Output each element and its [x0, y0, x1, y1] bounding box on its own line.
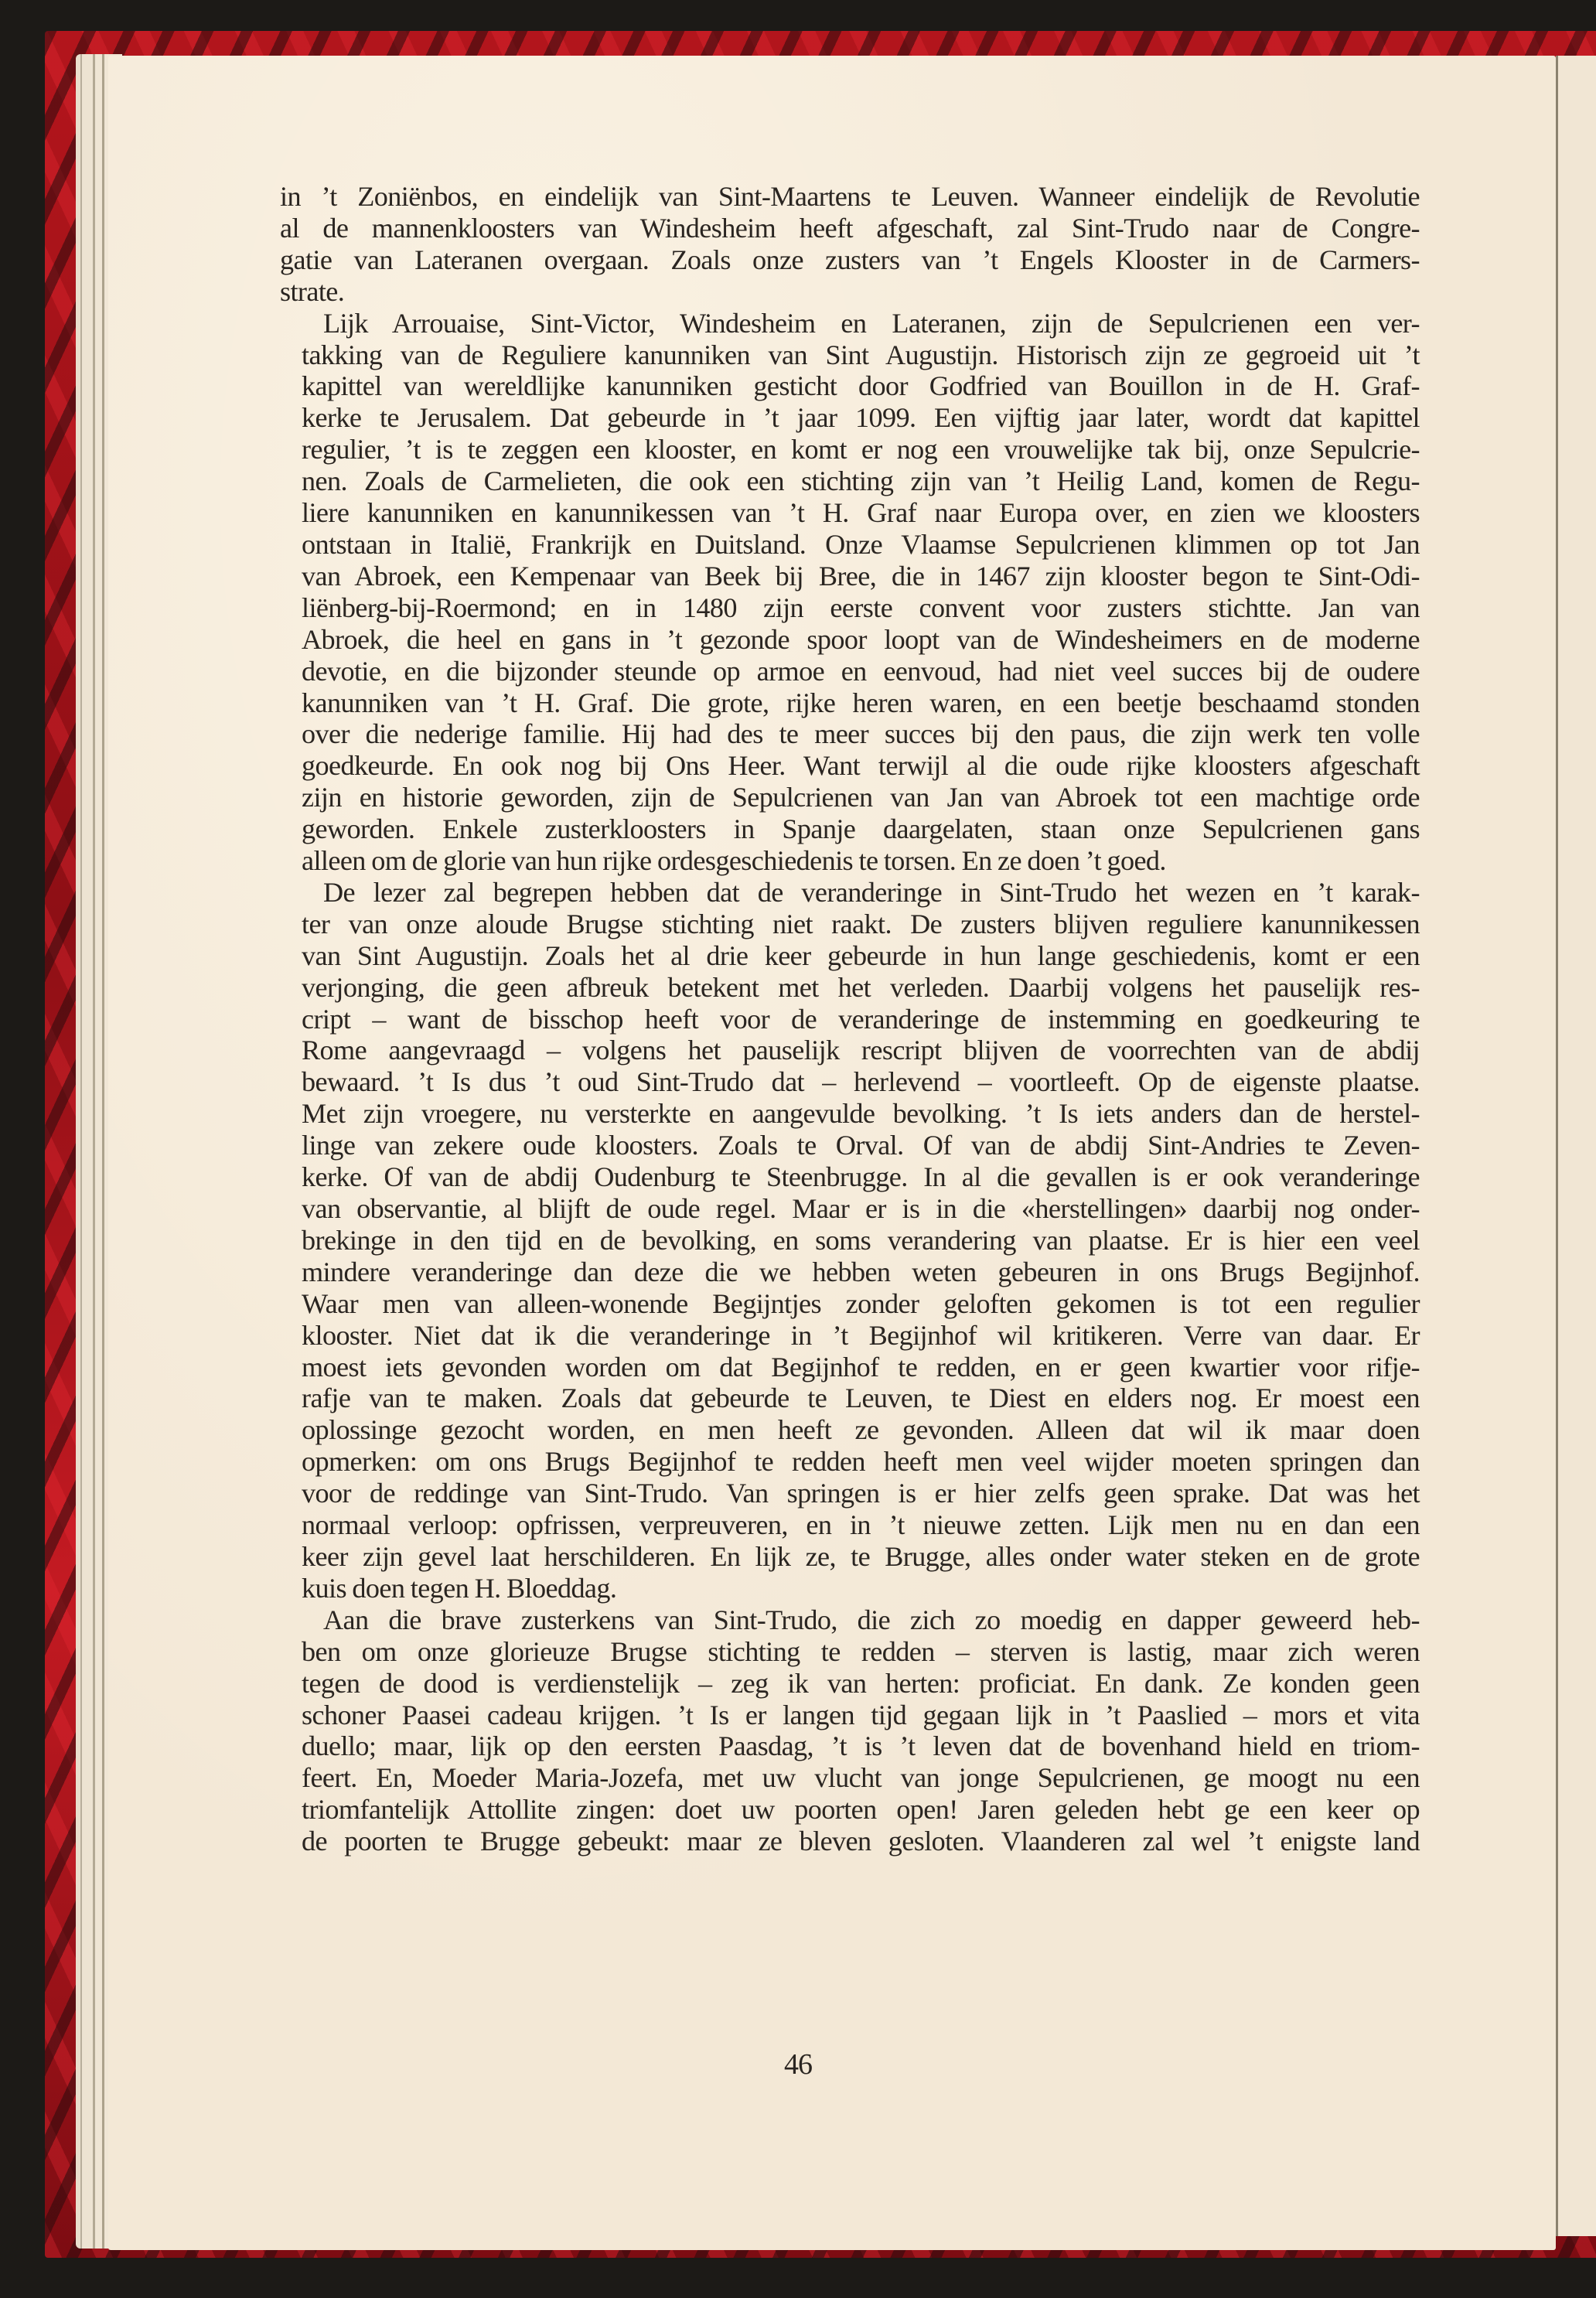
text-line: goedkeurde. En ook nog bij Ons Heer. Wan…	[280, 750, 1420, 782]
text-line: linge van zekere oude kloosters. Zoals t…	[280, 1130, 1420, 1161]
text-line: Aan die brave zusterkens van Sint-Trudo,…	[280, 1604, 1420, 1636]
text-line: brekinge in den tijd en de bevolking, en…	[280, 1225, 1420, 1256]
text-line: over die nederige familie. Hij had des t…	[280, 718, 1420, 750]
text-line: nen. Zoals de Carmelieten, die ook een s…	[280, 465, 1420, 497]
text-line: kerke. Of van de abdij Oudenburg te Stee…	[280, 1161, 1420, 1193]
text-line: kapittel van wereldlijke kanunniken gest…	[280, 370, 1420, 402]
text-line: opmerken: om ons Brugs Begijnhof te redd…	[280, 1446, 1420, 1478]
text-line: devotie, en die bijzonder steunde op arm…	[280, 656, 1420, 687]
text-line: voor de reddinge van Sint-Trudo. Van spr…	[280, 1478, 1420, 1509]
text-line: van Sint Augustijn. Zoals het al drie ke…	[280, 940, 1420, 972]
text-line: Lijk Arrouaise, Sint-Victor, Windesheim …	[280, 308, 1420, 339]
text-line: ontstaan in Italië, Frankrijk en Duitsla…	[280, 529, 1420, 561]
text-line: De lezer zal begrepen hebben dat de vera…	[280, 877, 1420, 909]
text-line: rafje van te maken. Zoals dat gebeurde t…	[280, 1383, 1420, 1414]
text-line: schoner Paasei cadeau krijgen. ’t Is er …	[280, 1700, 1420, 1731]
text-line: tegen de dood is verdienstelijk – zeg ik…	[280, 1668, 1420, 1700]
body-text: in ’t Zoniënbos, en eindelijk van Sint-M…	[280, 181, 1420, 1857]
text-line: strate.	[280, 276, 1420, 308]
paragraph: Aan die brave zusterkens van Sint-Trudo,…	[280, 1604, 1420, 1857]
text-line: Rome aangevraagd – volgens het pauselijk…	[280, 1035, 1420, 1066]
text-line: kerke te Jerusalem. Dat gebeurde in ’t j…	[280, 402, 1420, 434]
text-line: alleen om de glorie van hun rijke ordesg…	[280, 845, 1420, 877]
paragraph: Lijk Arrouaise, Sint-Victor, Windesheim …	[280, 308, 1420, 877]
text-line: liënberg-bij-Roermond; en in 1480 zijn e…	[280, 592, 1420, 624]
paragraph: De lezer zal begrepen hebben dat de vera…	[280, 877, 1420, 1604]
text-line: van observantie, al blijft de oude regel…	[280, 1193, 1420, 1225]
text-line: moest iets gevonden worden om dat Begijn…	[280, 1352, 1420, 1383]
text-line: cript – want de bisschop heeft voor de v…	[280, 1004, 1420, 1035]
text-line: triomfantelijk Attollite zingen: doet uw…	[280, 1794, 1420, 1826]
text-line: oplossinge gezocht worden, en men heeft …	[280, 1414, 1420, 1446]
text-line: liere kanunniken en kanunnikessen van ’t…	[280, 497, 1420, 529]
text-line: duello; maar, lijk op den eersten Paasda…	[280, 1730, 1420, 1762]
text-line: Met zijn vroegere, nu versterkte en aang…	[280, 1098, 1420, 1130]
text-line: klooster. Niet dat ik die veranderinge i…	[280, 1320, 1420, 1352]
text-line: van Abroek, een Kempenaar van Beek bij B…	[280, 561, 1420, 592]
text-line: de poorten te Brugge gebeukt: maar ze bl…	[280, 1826, 1420, 1857]
text-line: Abroek, die heel en gans in ’t gezonde s…	[280, 624, 1420, 656]
text-line: takking van de Reguliere kanunniken van …	[280, 339, 1420, 371]
text-line: al de mannenkloosters van Windesheim hee…	[280, 213, 1420, 244]
page-number: 46	[0, 2047, 1596, 2081]
text-line: gatie van Lateranen overgaan. Zoals onze…	[280, 244, 1420, 276]
text-line: normaal verloop: opfrissen, verpreuveren…	[280, 1509, 1420, 1541]
text-line: ter van onze aloude Brugse stichting nie…	[280, 909, 1420, 940]
paragraph: in ’t Zoniënbos, en eindelijk van Sint-M…	[280, 181, 1420, 308]
text-line: keer zijn gevel laat herschilderen. En l…	[280, 1541, 1420, 1573]
text-line: kuis doen tegen H. Bloeddag.	[280, 1573, 1420, 1604]
text-line: mindere veranderinge dan deze die we heb…	[280, 1256, 1420, 1288]
text-line: zijn en historie geworden, zijn de Sepul…	[280, 782, 1420, 813]
text-line: geworden. Enkele zusterkloosters in Span…	[280, 813, 1420, 845]
text-line: ben om onze glorieuze Brugse stichting t…	[280, 1636, 1420, 1668]
text-line: bewaard. ’t Is dus ’t oud Sint-Trudo dat…	[280, 1066, 1420, 1098]
text-line: kanunniken van ’t H. Graf. Die grote, ri…	[280, 687, 1420, 719]
text-line: regulier, ’t is te zeggen een klooster, …	[280, 434, 1420, 465]
facing-page-edge	[1556, 56, 1596, 2236]
text-line: verjonging, die geen afbreuk betekent me…	[280, 972, 1420, 1004]
text-line: in ’t Zoniënbos, en eindelijk van Sint-M…	[280, 181, 1420, 213]
text-line: Waar men van alleen-wonende Begijntjes z…	[280, 1288, 1420, 1320]
text-line: feert. En, Moeder Maria-Jozefa, met uw v…	[280, 1762, 1420, 1794]
